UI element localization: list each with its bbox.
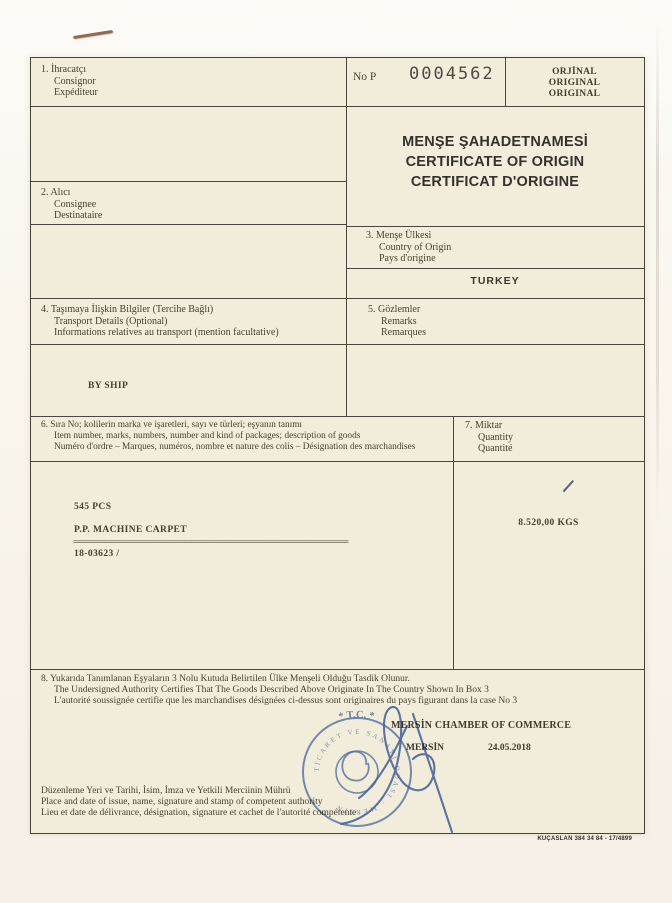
box4-label-en: Transport Details (Optional) xyxy=(54,316,279,328)
chamber-stamp: * T.C. * TİCARET VE SANAYİ ODASI · MERSİ… xyxy=(289,696,464,839)
box6-label-fr: Numéro d'ordre – Marques, numéros, nombr… xyxy=(54,442,415,453)
box3-label-tr: 3. Menşe Ülkesi xyxy=(366,230,451,242)
box2-label-fr: Destinataire xyxy=(54,210,102,222)
grid-line xyxy=(31,669,644,670)
box5-label-tr: 5. Gözlemler xyxy=(368,304,426,316)
goods-pieces-value: 545 PCS xyxy=(74,502,111,512)
pen-mark xyxy=(563,480,575,493)
transport-value: BY SHIP xyxy=(88,381,128,391)
issue-date: 24.05.2018 xyxy=(488,743,531,753)
grid-line xyxy=(31,461,644,462)
quantity-value: 8.520,00 KGS xyxy=(453,518,644,528)
grid-line xyxy=(31,224,346,225)
box5-label-en: Remarks xyxy=(381,316,426,328)
form-title: MENŞE ŞAHADETNAMESİ CERTIFICATE OF ORIGI… xyxy=(346,132,644,192)
grid-line xyxy=(346,58,347,416)
goods-separator-line: ========================================… xyxy=(73,537,417,546)
goods-reference-value: 18-03623 / xyxy=(74,549,119,559)
box7-label-en: Quantity xyxy=(478,432,513,444)
box8-statement-en: The Undersigned Authority Certifies That… xyxy=(54,685,517,696)
country-of-origin-value: TURKEY xyxy=(346,275,644,287)
stamp-top-text: * T.C. * xyxy=(338,710,376,723)
printer-note: KUÇASLAN 384 34 84 - 17/4899 xyxy=(470,836,632,842)
box3-label-en: Country of Origin xyxy=(379,242,451,254)
stamp-ring-text: TİCARET VE SANAYİ ODASI · MERSİN xyxy=(313,728,401,816)
grid-line xyxy=(453,416,454,669)
copy-label-tr: ORJİNAL xyxy=(505,67,644,78)
box4-transport-label: 4. Taşımaya İlişkin Bilgiler (Tercihe Ba… xyxy=(41,304,279,339)
stamp-monogram xyxy=(342,752,368,781)
box3-country-label: 3. Menşe Ülkesi Country of Origin Pays d… xyxy=(366,230,451,265)
box7-quantity-label: 7. Miktar Quantity Quantité xyxy=(465,420,513,455)
box2-label-en: Consignee xyxy=(54,199,102,211)
box6-label-tr: 6. Sıra No; kolilerin marka ve işaretler… xyxy=(41,420,415,431)
box1-label-fr: Expéditeur xyxy=(54,87,98,99)
box1-label-en: Consignor xyxy=(54,76,98,88)
grid-line xyxy=(346,226,644,227)
grid-line xyxy=(31,416,644,417)
grid-line xyxy=(31,106,644,107)
box3-label-fr: Pays d'origine xyxy=(379,253,451,265)
box8-statement-tr: 8. Yukarıda Tanımlanan Eşyaların 3 Nolu … xyxy=(41,674,517,685)
serial-number: 0004562 xyxy=(409,64,495,84)
page-edge-shadow xyxy=(656,20,659,520)
serial-prefix: No P xyxy=(353,71,376,83)
grid-line xyxy=(31,181,346,182)
title-en: CERTIFICATE OF ORIGIN xyxy=(346,152,644,172)
box5-label-fr: Remarques xyxy=(381,327,426,339)
grid-line xyxy=(346,268,644,269)
box7-label-fr: Quantité xyxy=(478,443,513,455)
box1-consignor-label: 1. İhracatçı Consignor Expéditeur xyxy=(41,64,98,99)
box5-remarks-label: 5. Gözlemler Remarks Remarques xyxy=(368,304,426,339)
goods-description-value: P.P. MACHINE CARPET xyxy=(74,525,187,535)
scanned-certificate-page: 1. İhracatçı Consignor Expéditeur No P 0… xyxy=(0,0,672,903)
box4-label-fr: Informations relatives au transport (men… xyxy=(54,327,279,339)
box4-label-tr: 4. Taşımaya İlişkin Bilgiler (Tercihe Ba… xyxy=(41,304,279,316)
certificate-form: 1. İhracatçı Consignor Expéditeur No P 0… xyxy=(30,57,645,834)
copy-label-en: ORIGINAL xyxy=(505,78,644,89)
grid-line xyxy=(31,344,644,345)
box6-label-en: Item number, marks, numbers, number and … xyxy=(54,431,415,442)
box6-goods-label: 6. Sıra No; kolilerin marka ve işaretler… xyxy=(41,420,415,453)
copy-label-fr: ORIGINAL xyxy=(505,89,644,100)
box2-label-tr: 2. Alıcı xyxy=(41,187,102,199)
box1-label-tr: 1. İhracatçı xyxy=(41,64,98,76)
copy-type-labels: ORJİNAL ORIGINAL ORIGINAL xyxy=(505,67,644,100)
title-tr: MENŞE ŞAHADETNAMESİ xyxy=(346,132,644,152)
grid-line xyxy=(31,298,644,299)
title-fr: CERTIFICAT D'ORIGINE xyxy=(346,172,644,192)
box7-label-tr: 7. Miktar xyxy=(465,420,513,432)
box2-consignee-label: 2. Alıcı Consignee Destinataire xyxy=(41,187,102,222)
staple-mark xyxy=(73,30,113,39)
